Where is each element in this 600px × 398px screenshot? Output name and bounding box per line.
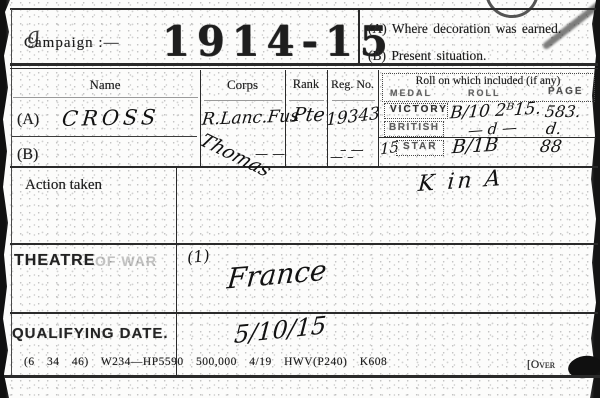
rule-header-bottom-2	[10, 68, 598, 69]
torn-edge-right	[590, 0, 600, 398]
col-header-reg-no: Reg. No.	[327, 77, 378, 92]
rule-under-name-header	[13, 97, 198, 98]
print-code: (6 34 46) W234—HP5590 500,000 4/19 HWV(P…	[24, 356, 387, 368]
star-roll-value: B/1B	[451, 134, 499, 159]
victory-stamp: VICTORY	[390, 104, 448, 115]
col-header-name: Name	[10, 77, 200, 93]
qualifying-date-value: 5/10/15	[233, 311, 327, 349]
note-b: (B) Present situation.	[368, 48, 486, 64]
row-b-dashes-3: – —	[340, 143, 364, 158]
theatre-value: France	[226, 253, 328, 295]
row-a-name: CROSS	[61, 105, 161, 131]
qualifying-date-label: QUALIFYING DATE.	[12, 325, 169, 342]
col-header-corps: Corps	[200, 77, 285, 93]
row-a-label: (A)	[17, 111, 39, 129]
theatre-number: (1)	[186, 246, 211, 267]
campaign-stamp: 1914-15	[162, 18, 395, 66]
roll-subheader-roll: ROLL	[468, 88, 501, 98]
star-stamp: STAR	[403, 141, 437, 152]
row-a-rank: Pte	[291, 104, 326, 126]
roll-subheader-page: PAGE	[548, 86, 584, 97]
row-b-label: (B)	[17, 146, 38, 164]
medal-index-card: Campaign :— g 1914-15 (A) Where decorati…	[0, 0, 600, 398]
rule-under-corps-header	[204, 100, 282, 101]
row-b-dashes-1: — —	[255, 147, 285, 162]
row-a-reg-no: 19343	[326, 104, 380, 131]
rule-under-row-a	[12, 136, 197, 137]
rule-under-reg-header	[332, 100, 375, 101]
rule-label-column-divider	[176, 167, 177, 375]
roll-subheader-medal: MEDAL	[390, 88, 432, 98]
theatre-label: THEATRE	[14, 252, 95, 270]
note-a: (A) Where decoration was earned.	[368, 21, 561, 37]
star-page-value: 88	[539, 137, 563, 157]
torn-edge-left	[0, 0, 10, 398]
rule-under-rank-header	[289, 100, 324, 101]
over-label: [Over	[527, 359, 555, 371]
rule-top-border	[10, 8, 596, 10]
action-taken-value: K in A	[417, 166, 504, 197]
stray-mark: g	[24, 23, 41, 50]
action-taken-label: Action taken	[25, 177, 102, 194]
british-page-value: d.	[545, 119, 563, 138]
col-header-rank: Rank	[285, 77, 327, 92]
theatre-label-faint: OF WAR	[95, 253, 157, 269]
rule-under-row-b	[10, 166, 598, 168]
row-a-corps: R.Lanc.Fus	[201, 106, 300, 129]
rule-under-action	[10, 243, 598, 245]
british-stamp: BRITISH	[389, 122, 440, 133]
rule-bottom-border	[4, 375, 600, 378]
